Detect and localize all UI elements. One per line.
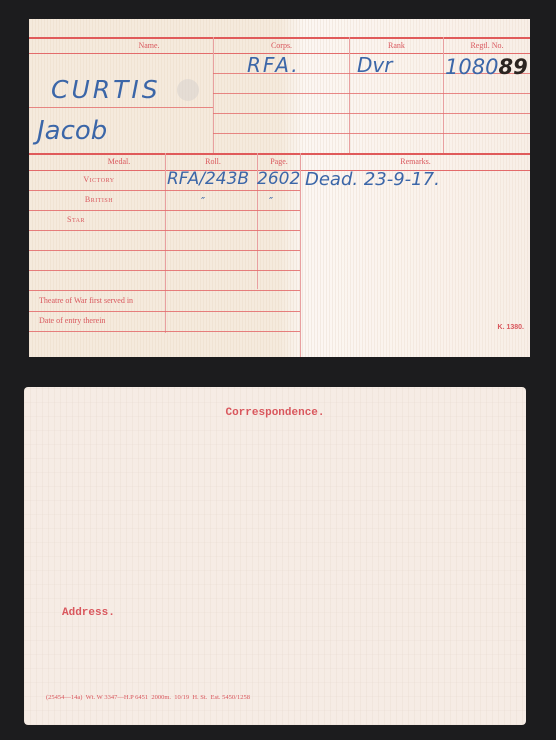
- regt-no-part1: 1080: [445, 55, 498, 79]
- printer-line: (25454—14a) Wt. W 3347—H.P 6451 2000m. 1…: [46, 694, 446, 701]
- remarks-header: Remarks.: [301, 157, 530, 166]
- theatre-label: Theatre of War first served in: [39, 296, 169, 305]
- medal-victory: Victory: [69, 175, 129, 184]
- british-roll-value: ″: [201, 195, 205, 208]
- divider: [29, 37, 530, 39]
- divider: [213, 93, 530, 94]
- regt-no-part2: 89: [498, 55, 527, 79]
- divider: [29, 270, 300, 271]
- watermark-stamp: [177, 79, 199, 101]
- address-label: Address.: [62, 607, 142, 619]
- remarks-value: Dead. 23-9-17.: [305, 169, 440, 190]
- form-number: K. 1380.: [479, 324, 524, 331]
- divider: [29, 210, 300, 211]
- british-page-value: ″: [269, 195, 273, 208]
- divider: [29, 190, 300, 191]
- regt-no-header: Regtl. No.: [444, 41, 530, 50]
- roll-header: Roll.: [167, 157, 259, 166]
- victory-roll-value: RFA/243B: [167, 169, 249, 189]
- divider: [29, 331, 300, 332]
- divider: [443, 37, 444, 153]
- divider: [29, 153, 530, 155]
- surname-value: CURTIS: [51, 75, 161, 104]
- correspondence-title: Correspondence.: [24, 407, 526, 419]
- divider: [29, 290, 300, 291]
- rank-header: Rank: [349, 41, 444, 50]
- divider: [213, 133, 530, 134]
- date-entry-label: Date of entry therein: [39, 316, 169, 325]
- divider: [213, 37, 214, 153]
- corps-value: RFA.: [247, 53, 300, 77]
- divider: [29, 250, 300, 251]
- forename-value: Jacob: [37, 116, 107, 146]
- medal-british: British: [69, 195, 129, 204]
- divider: [213, 113, 530, 114]
- divider: [29, 311, 300, 312]
- medal-card-front: Name. Corps. Rank Regtl. No. CURTIS Jaco…: [29, 19, 530, 357]
- regt-no-value: 108089: [445, 55, 528, 80]
- name-header: Name.: [89, 41, 209, 50]
- divider: [349, 37, 350, 153]
- divider: [29, 107, 213, 108]
- medal-card-back: Correspondence. Address. (25454—14a) Wt.…: [24, 387, 526, 725]
- rank-value: Dvr: [357, 53, 392, 77]
- corps-header: Corps.: [214, 41, 349, 50]
- page-header: Page.: [259, 157, 299, 166]
- victory-page-value: 2602: [257, 169, 300, 189]
- medal-star: Star: [67, 215, 107, 224]
- divider: [165, 153, 166, 333]
- divider: [29, 230, 300, 231]
- medal-header: Medal.: [69, 157, 169, 166]
